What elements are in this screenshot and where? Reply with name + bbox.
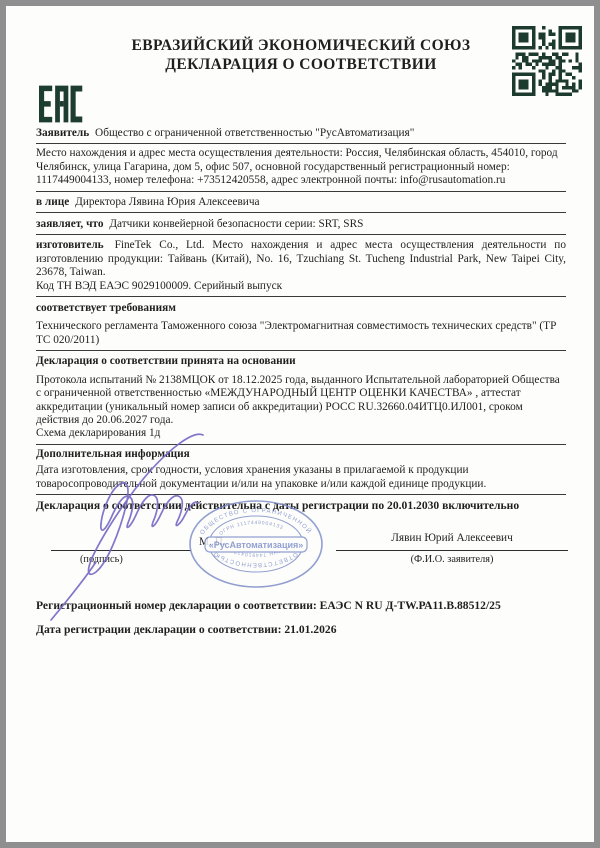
declaration-document: ЕВРАЗИЙСКИЙ ЭКОНОМИЧЕСКИЙ СОЮЗ ДЕКЛАРАЦИ…: [0, 0, 600, 848]
conforms-heading: соответствует требованиям: [36, 302, 566, 315]
signature-caption: (подпись): [80, 554, 123, 565]
basis-paragraph: Протокола испытаний № 2138МЦОК от 18.12.…: [36, 374, 566, 428]
declares-row: заявляет, что Датчики конвейерной безопа…: [36, 218, 566, 235]
additional-heading: Дополнительная информация: [36, 448, 566, 461]
scheme-line: Схема декларирования 1д: [36, 427, 566, 444]
additional-paragraph: Дата изготовления, срок годности, услови…: [36, 464, 566, 495]
declares-value: Датчики конвейерной безопасности серии: …: [109, 218, 363, 230]
qr-code-icon: [512, 26, 582, 96]
declarant-name: Лявин Юрий Алексеевич: [336, 532, 568, 544]
title-line-2: ДЕКЛАРАЦИЯ О СООТВЕТСТВИИ: [36, 55, 566, 74]
manufacturer-value: FineTek Co., Ltd. Место нахождения и адр…: [36, 239, 566, 278]
address-paragraph: Место нахождения и адрес места осуществл…: [36, 147, 566, 191]
declares-label: заявляет, что: [36, 218, 103, 230]
in-person-row: в лице Директора Лявина Юрия Алексеевича: [36, 196, 566, 213]
applicant-value: Общество с ограниченной ответственностью…: [95, 127, 414, 139]
registration-number-line: Регистрационный номер декларации о соотв…: [36, 599, 566, 612]
signature-block: (подпись) М. П. Лявин Юрий Алексеевич (Ф…: [36, 514, 566, 592]
registration-date-line: Дата регистрации декларации о соответств…: [36, 623, 566, 636]
eac-logo-icon: [39, 84, 83, 124]
manufacturer-label: изготовитель: [36, 239, 104, 251]
manufacturer-paragraph: изготовитель FineTek Co., Ltd. Место нах…: [36, 239, 566, 279]
regulation-paragraph: Технического регламента Таможенного союз…: [36, 320, 566, 351]
basis-heading: Декларация о соответствии принята на осн…: [36, 355, 566, 368]
tnved-line: Код ТН ВЭД ЕАЭС 9029100009. Серийный вып…: [36, 280, 566, 297]
declarant-name-line: [336, 550, 568, 551]
declarant-caption: (Ф.И.О. заявителя): [336, 554, 568, 565]
validity-line: Декларация о соответствии действительна …: [36, 499, 566, 512]
title-line-1: ЕВРАЗИЙСКИЙ ЭКОНОМИЧЕСКИЙ СОЮЗ: [36, 36, 566, 55]
signature-line: [51, 550, 191, 551]
in-person-label: в лице: [36, 196, 69, 208]
in-person-value: Директора Лявина Юрия Алексеевича: [75, 196, 259, 208]
applicant-label: Заявитель: [36, 127, 89, 139]
stamp-place-label: М. П.: [199, 536, 226, 548]
applicant-row: Заявитель Общество с ограниченной ответс…: [36, 127, 566, 144]
document-title: ЕВРАЗИЙСКИЙ ЭКОНОМИЧЕСКИЙ СОЮЗ ДЕКЛАРАЦИ…: [36, 36, 566, 74]
